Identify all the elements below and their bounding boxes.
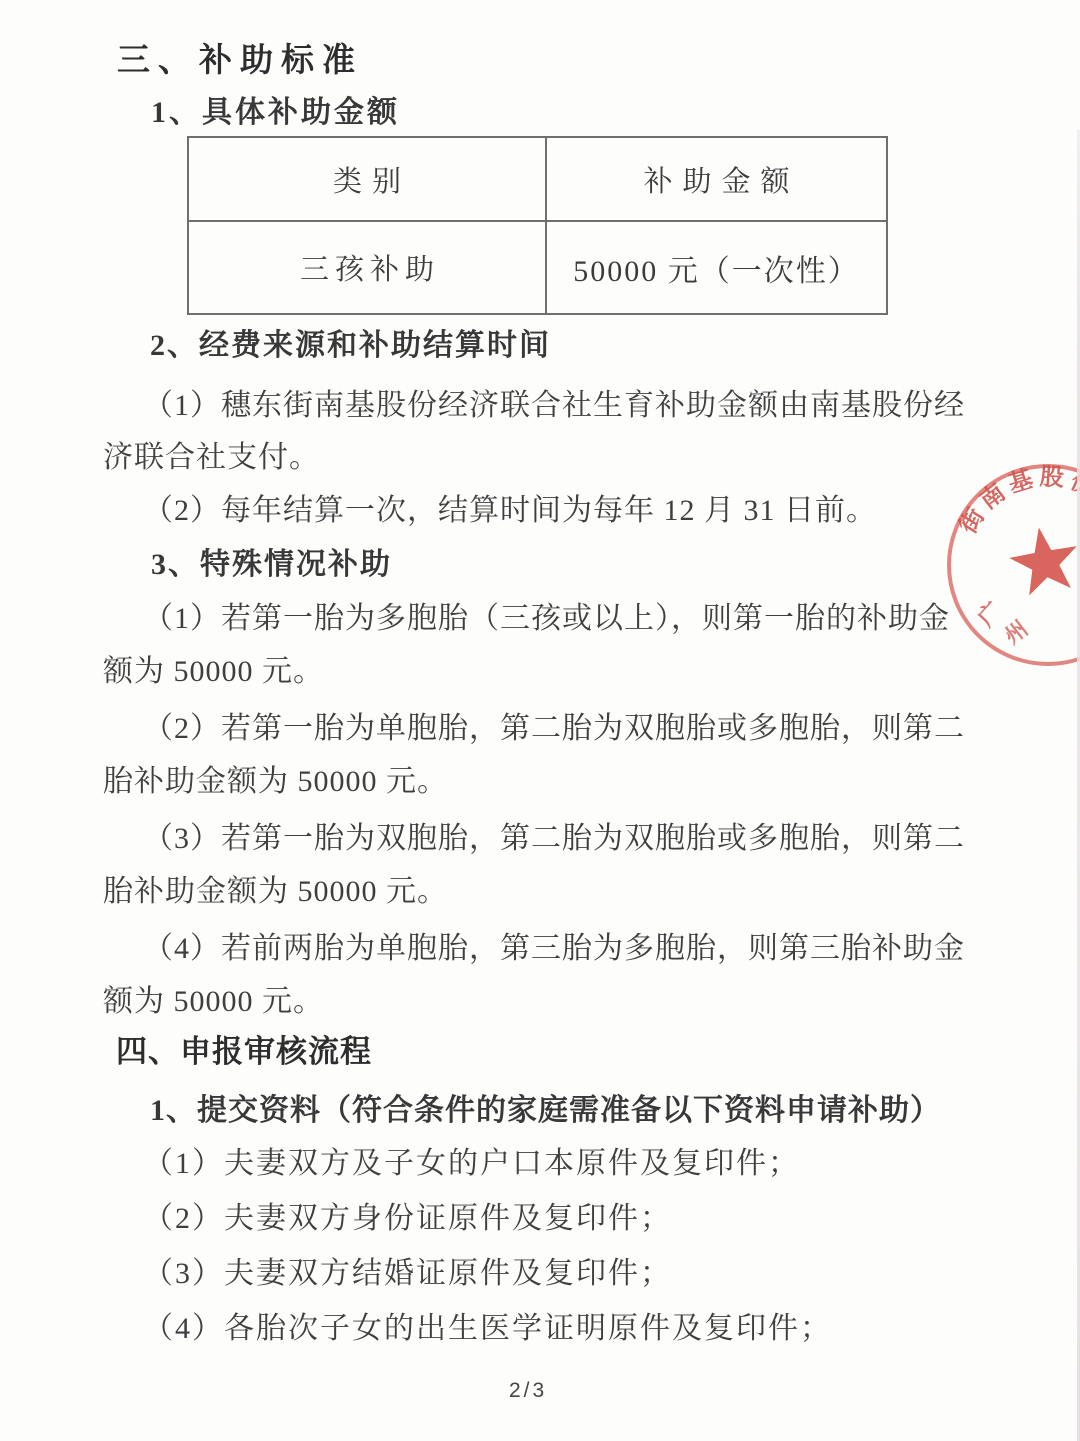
body-line: （2）若第一胎为单胞胎，第二胎为双胞胎或多胞胎，则第二 — [143, 712, 965, 746]
section3-heading: 三、补助标准 — [117, 42, 363, 79]
body-line: （3）若第一胎为双胞胎，第二胎为双胞胎或多胞胎，则第二 — [143, 822, 965, 856]
section3-sub3-title: 3、特殊情况补助 — [151, 548, 392, 582]
body-line: （1）穗东街南基股份经济联合社生育补助金额由南基股份经 — [143, 389, 965, 423]
seal-star-icon — [1009, 528, 1077, 596]
seal-top-arc-text: 街南基股份 — [954, 463, 1080, 538]
body-line: （1）若第一胎为多胞胎（三孩或以上），则第一胎的补助金 — [143, 602, 950, 636]
svg-text:街南基股份: 街南基股份 — [954, 463, 1080, 538]
section3-sub2-title: 2、经费来源和补助结算时间 — [150, 329, 551, 363]
body-line: 额为 50000 元。 — [103, 985, 324, 1019]
table-header-amount: 补助金额 — [547, 138, 886, 222]
body-line: （4）若前两胎为单胞胎，第三胎为多胞胎，则第三胎补助金 — [143, 932, 965, 966]
section3-sub1-title: 1、具体补助金额 — [151, 96, 400, 130]
section4-heading: 四、申报审核流程 — [116, 1035, 372, 1070]
required-document-item: （3）夫妻双方结婚证原件及复印件； — [143, 1257, 672, 1291]
body-line: 胎补助金额为 50000 元。 — [103, 875, 448, 909]
table-cell-category: 三孩补助 — [189, 222, 547, 313]
seal-ring — [949, 466, 1080, 664]
body-line: 额为 50000 元。 — [103, 655, 324, 689]
seal-bottom-fragment: 广 — [972, 597, 1007, 631]
required-document-item: （4）各胎次子女的出生医学证明原件及复印件； — [143, 1312, 832, 1346]
section4-sub1-title: 1、提交资料（符合条件的家庭需准备以下资料申请补助） — [150, 1094, 941, 1128]
body-line: 济联合社支付。 — [103, 441, 320, 475]
required-document-item: （1）夫妻双方及子女的户口本原件及复印件； — [143, 1147, 800, 1181]
table-header-category: 类别 — [189, 138, 547, 222]
body-line: 胎补助金额为 50000 元。 — [103, 765, 448, 799]
seal-bottom-fragment: 州 — [1000, 616, 1033, 649]
page-number: 2/3 — [509, 1379, 547, 1403]
table-cell-amount: 50000 元（一次性） — [547, 222, 886, 313]
body-line: （2）每年结算一次，结算时间为每年 12 月 31 日前。 — [143, 494, 877, 528]
required-document-item: （2）夫妻双方身份证原件及复印件； — [143, 1202, 672, 1236]
document-page: 三、补助标准 1、具体补助金额 类别 补助金额 三孩补助 50000 元（一次性… — [0, 0, 1080, 1441]
subsidy-table: 类别 补助金额 三孩补助 50000 元（一次性） — [187, 136, 888, 315]
red-official-seal: 街南基股份 广 州 — [930, 440, 1080, 692]
